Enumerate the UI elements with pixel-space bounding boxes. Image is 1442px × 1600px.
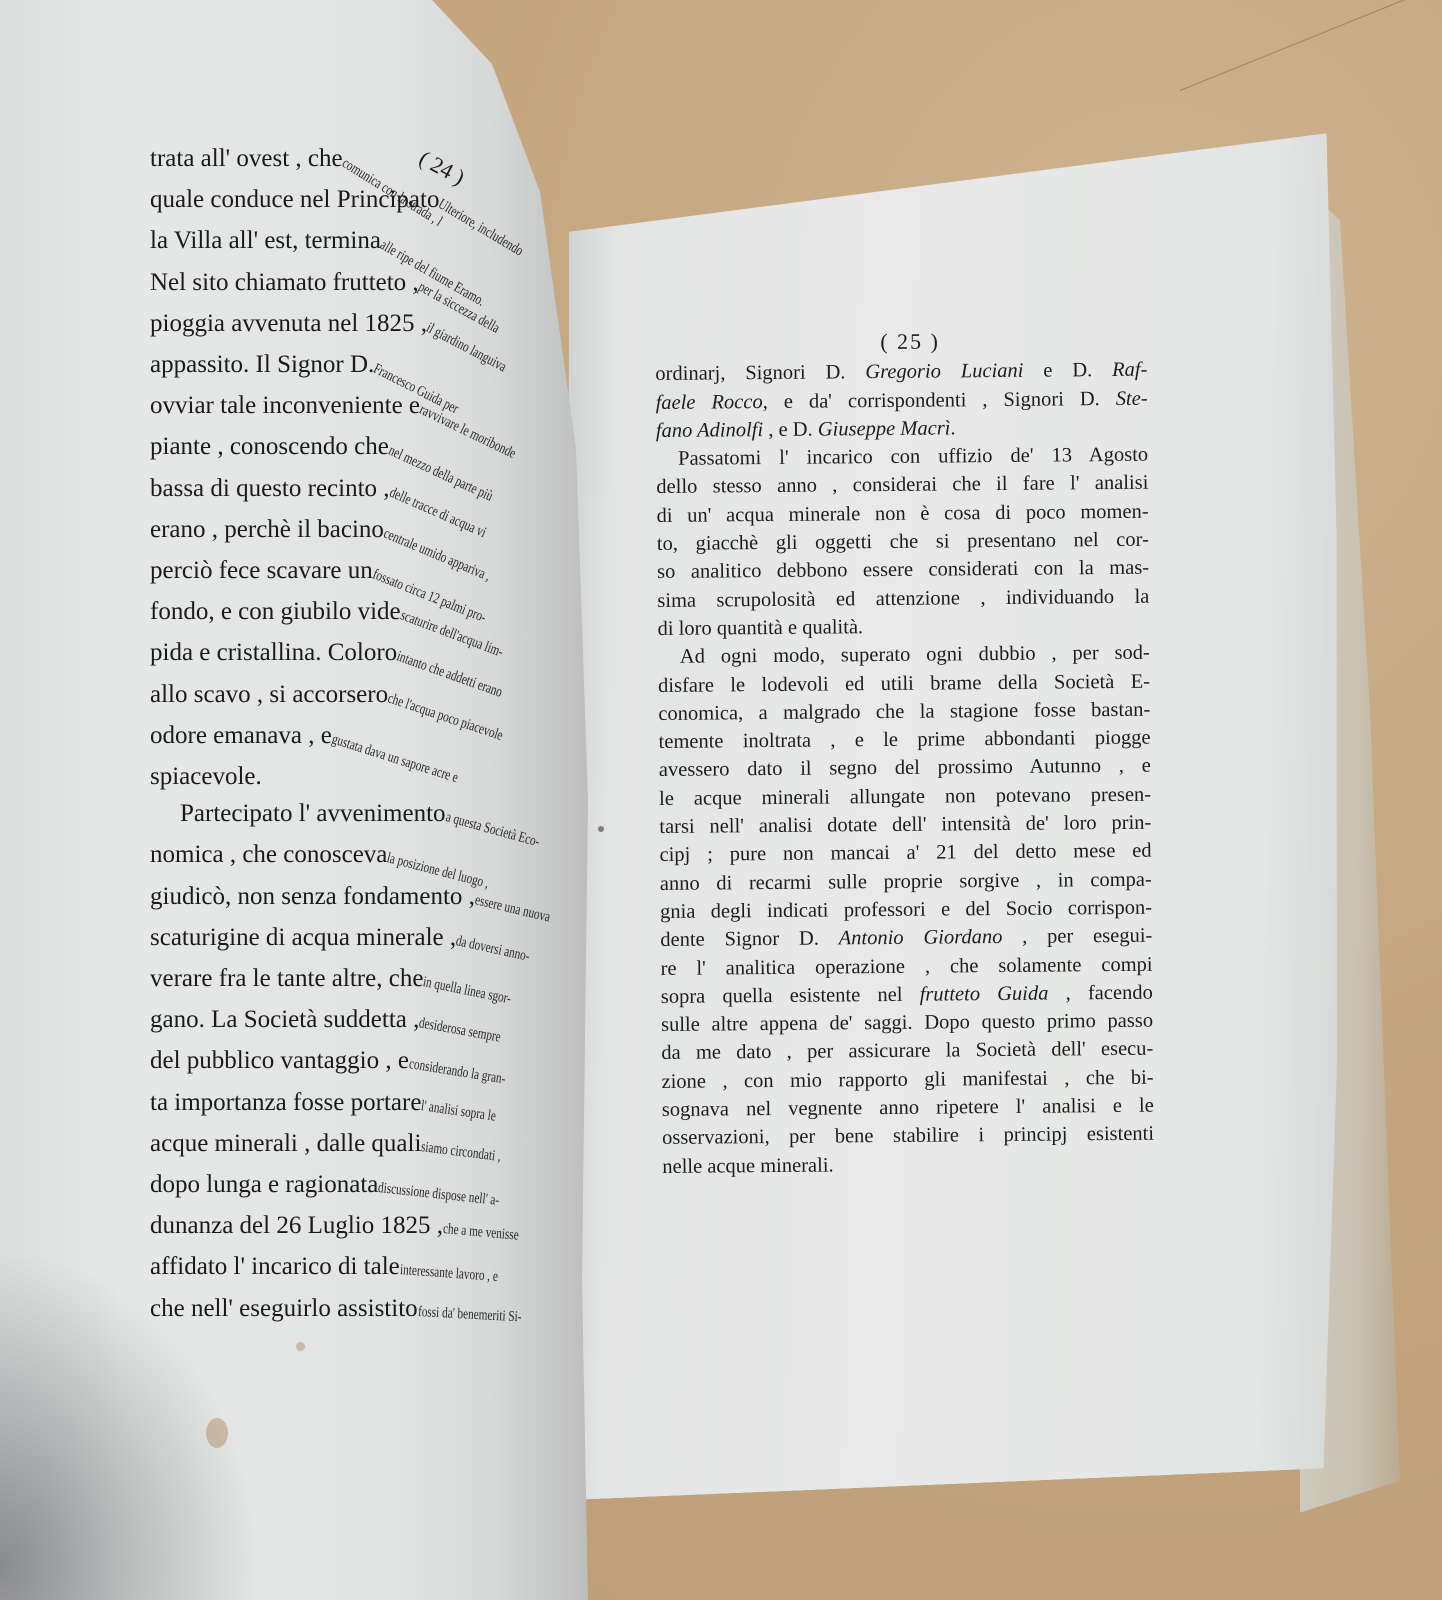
line-main-text: nomica , che conosceva [150,836,387,873]
left-page-lines: trata all' ovest , che comunica con la s… [150,140,580,1331]
text-line: re l' analitica operazione , che solamen… [660,950,1152,983]
text-line: osservazioni, per bene stabilire i princ… [662,1120,1154,1153]
text-line: giudicò, non senza fondamento , essere u… [150,878,580,919]
line-main-text: piante , conoscendo che [150,428,389,465]
line-main-text: Partecipato l' avvenimento [150,795,446,832]
text-line: disfare le lodevoli ed utili brame della… [658,667,1150,700]
text-line: pida e cristallina. Coloro intanto che a… [150,634,580,675]
line-main-text: fondo, e con giubilo vide [150,593,401,630]
line-main-text: Nel sito chiamato frutteto , [150,264,419,301]
line-main-text: dopo lunga e ragionata [150,1166,378,1203]
text-line: verare fra le tante altre, che in quella… [150,960,580,1001]
text-line: sognava nel vegnente anno ripetere l' an… [662,1092,1154,1125]
text-line: faele Rocco, e da' corrispondenti , Sign… [656,384,1148,417]
line-main-text: quale conduce nel Principato [150,181,439,218]
text-line: acque minerali , dalle quali siamo circo… [150,1125,580,1166]
text-line: quale conduce nel Principato Ulteriore, … [150,181,580,222]
text-line: appassito. Il Signor D. Francesco Guida … [150,346,580,387]
text-line: to, giacchè gli oggetti che si presentan… [657,526,1149,559]
text-line: erano , perchè il bacino centrale umido … [150,511,580,552]
line-main-text: giudicò, non senza fondamento , [150,878,475,915]
left-page-text: trata all' ovest , che comunica con la s… [150,140,580,1331]
text-line: del pubblico vantaggio , e considerando … [150,1042,580,1083]
text-line: piante , conoscendo che nel mezzo della … [150,428,580,469]
text-line: dunanza del 26 Luglio 1825 , che a me ve… [150,1207,580,1248]
text-line: pioggia avvenuta nel 1825 , il giardino … [150,305,580,346]
line-main-text: dunanza del 26 Luglio 1825 , [150,1207,443,1244]
text-line: bassa di questo recinto , delle tracce d… [150,470,580,511]
line-main-text: gano. La Società suddetta , [150,1001,419,1038]
line-main-text: pioggia avvenuta nel 1825 , [150,305,427,342]
surface-crease-line [1180,0,1442,91]
text-line: so analitico debbono essere considerati … [657,554,1149,587]
text-line: trata all' ovest , che comunica con la s… [150,140,580,181]
foxing-spot [206,1418,228,1448]
text-line: Ad ogni modo, superato ogni dubbio , per… [658,639,1150,672]
text-line: sopra quella esistente nel frutteto Guid… [661,979,1153,1012]
text-line: fano Adinolfi , e D. Giuseppe Macrì. [656,413,1148,446]
text-line: avessero dato il segno del prossimo Autu… [659,752,1151,785]
text-line: di loro quantità e qualità. [657,611,1149,644]
text-line: spiacevole. [150,758,580,795]
text-line: ovviar tale inconveniente e ravvivare le… [150,387,580,428]
line-main-text: spiacevole. [150,758,262,795]
text-line: che nell' eseguirlo assistito fossi da' … [150,1290,580,1331]
line-main-text: scaturigine di acqua minerale , [150,919,456,956]
text-line: sima scrupolosità ed attenzione , indivi… [657,582,1149,615]
text-line: conomica, a malgrado che la stagione fos… [658,696,1150,729]
line-main-text: ta importanza fosse portare [150,1084,421,1121]
line-main-text: pida e cristallina. Coloro [150,634,397,671]
text-line: allo scavo , si accorsero che l'acqua po… [150,676,580,717]
ink-speck [598,826,604,832]
text-line: gnia degli indicati professori e del Soc… [660,894,1152,927]
line-main-text: la Villa all' est, termina [150,222,381,259]
line-main-text: trata all' ovest , che [150,140,343,177]
text-line: odore emanava , e gustata dava un sapore… [150,717,580,758]
line-main-text: verare fra le tante altre, che [150,960,423,997]
text-line: fondo, e con giubilo vide scaturire dell… [150,593,580,634]
line-main-text: erano , perchè il bacino [150,511,384,548]
text-line: cipj ; pure non mancai a' 21 del detto m… [659,837,1151,870]
line-main-text: del pubblico vantaggio , e [150,1042,409,1079]
text-line: zione , con mio rapporto gli manifestai … [661,1063,1153,1096]
text-line: sulle altre appena de' saggi. Dopo quest… [661,1007,1153,1040]
text-line: gano. La Società suddetta , desiderosa s… [150,1001,580,1042]
line-main-text: appassito. Il Signor D. [150,346,374,383]
line-main-text: odore emanava , e [150,717,332,754]
right-page-number: ( 25 ) [655,326,1155,359]
line-main-text: allo scavo , si accorsero [150,676,388,713]
text-line: dello stesso anno , considerai che il fa… [656,469,1148,502]
text-line: Passatomi l' incarico con uffizio de' 13… [656,441,1148,474]
line-main-text: ovviar tale inconveniente e [150,387,420,424]
text-line: perciò fece scavare un fossato circa 12 … [150,552,580,593]
text-line: affidato l' incarico di tale interessant… [150,1248,580,1289]
line-main-text: affidato l' incarico di tale [150,1248,400,1285]
foxing-spot [296,1342,305,1351]
text-line: nelle acque minerali. [662,1148,1154,1181]
text-line: tarsi nell' analisi dotate dell' intensi… [659,809,1151,842]
line-curled-text: fossi da' benemeriti Si- [417,1294,522,1337]
text-line: scaturigine di acqua minerale , da dover… [150,919,580,960]
text-line: Nel sito chiamato frutteto , per la sicc… [150,264,580,305]
text-line: Partecipato l' avvenimento a questa Soci… [150,795,580,836]
text-line: anno di recarmi sulle proprie sorgive , … [660,865,1152,898]
text-line: ta importanza fosse portare l' analisi s… [150,1084,580,1125]
text-line: nomica , che conosceva la posizione del … [150,836,580,877]
line-main-text: che nell' eseguirlo assistito [150,1290,418,1327]
line-main-text: acque minerali , dalle quali [150,1125,421,1162]
text-line: dopo lunga e ragionata discussione dispo… [150,1166,580,1207]
text-line: le acque minerali allungate non potevano… [659,780,1151,813]
text-line: ordinarj, Signori D. Gregorio Luciani e … [655,356,1147,389]
text-line: la Villa all' est, termina alle ripe del… [150,222,580,263]
text-line: da me dato , per assicurare la Società d… [661,1035,1153,1068]
book-photo: ( 25 ) ordinarj, Signori D. Gregorio Luc… [0,0,1442,1600]
text-line: temente inoltrata , e le prime abbondant… [658,724,1150,757]
right-page-text: ( 25 ) ordinarj, Signori D. Gregorio Luc… [655,326,1162,1181]
text-line: dente Signor D. Antonio Giordano , per e… [660,922,1152,955]
line-main-text: perciò fece scavare un [150,552,373,589]
right-page-lines: ordinarj, Signori D. Gregorio Luciani e … [655,356,1162,1181]
line-main-text: bassa di questo recinto , [150,470,390,507]
text-line: di un' acqua minerale non è cosa di poco… [656,497,1148,530]
